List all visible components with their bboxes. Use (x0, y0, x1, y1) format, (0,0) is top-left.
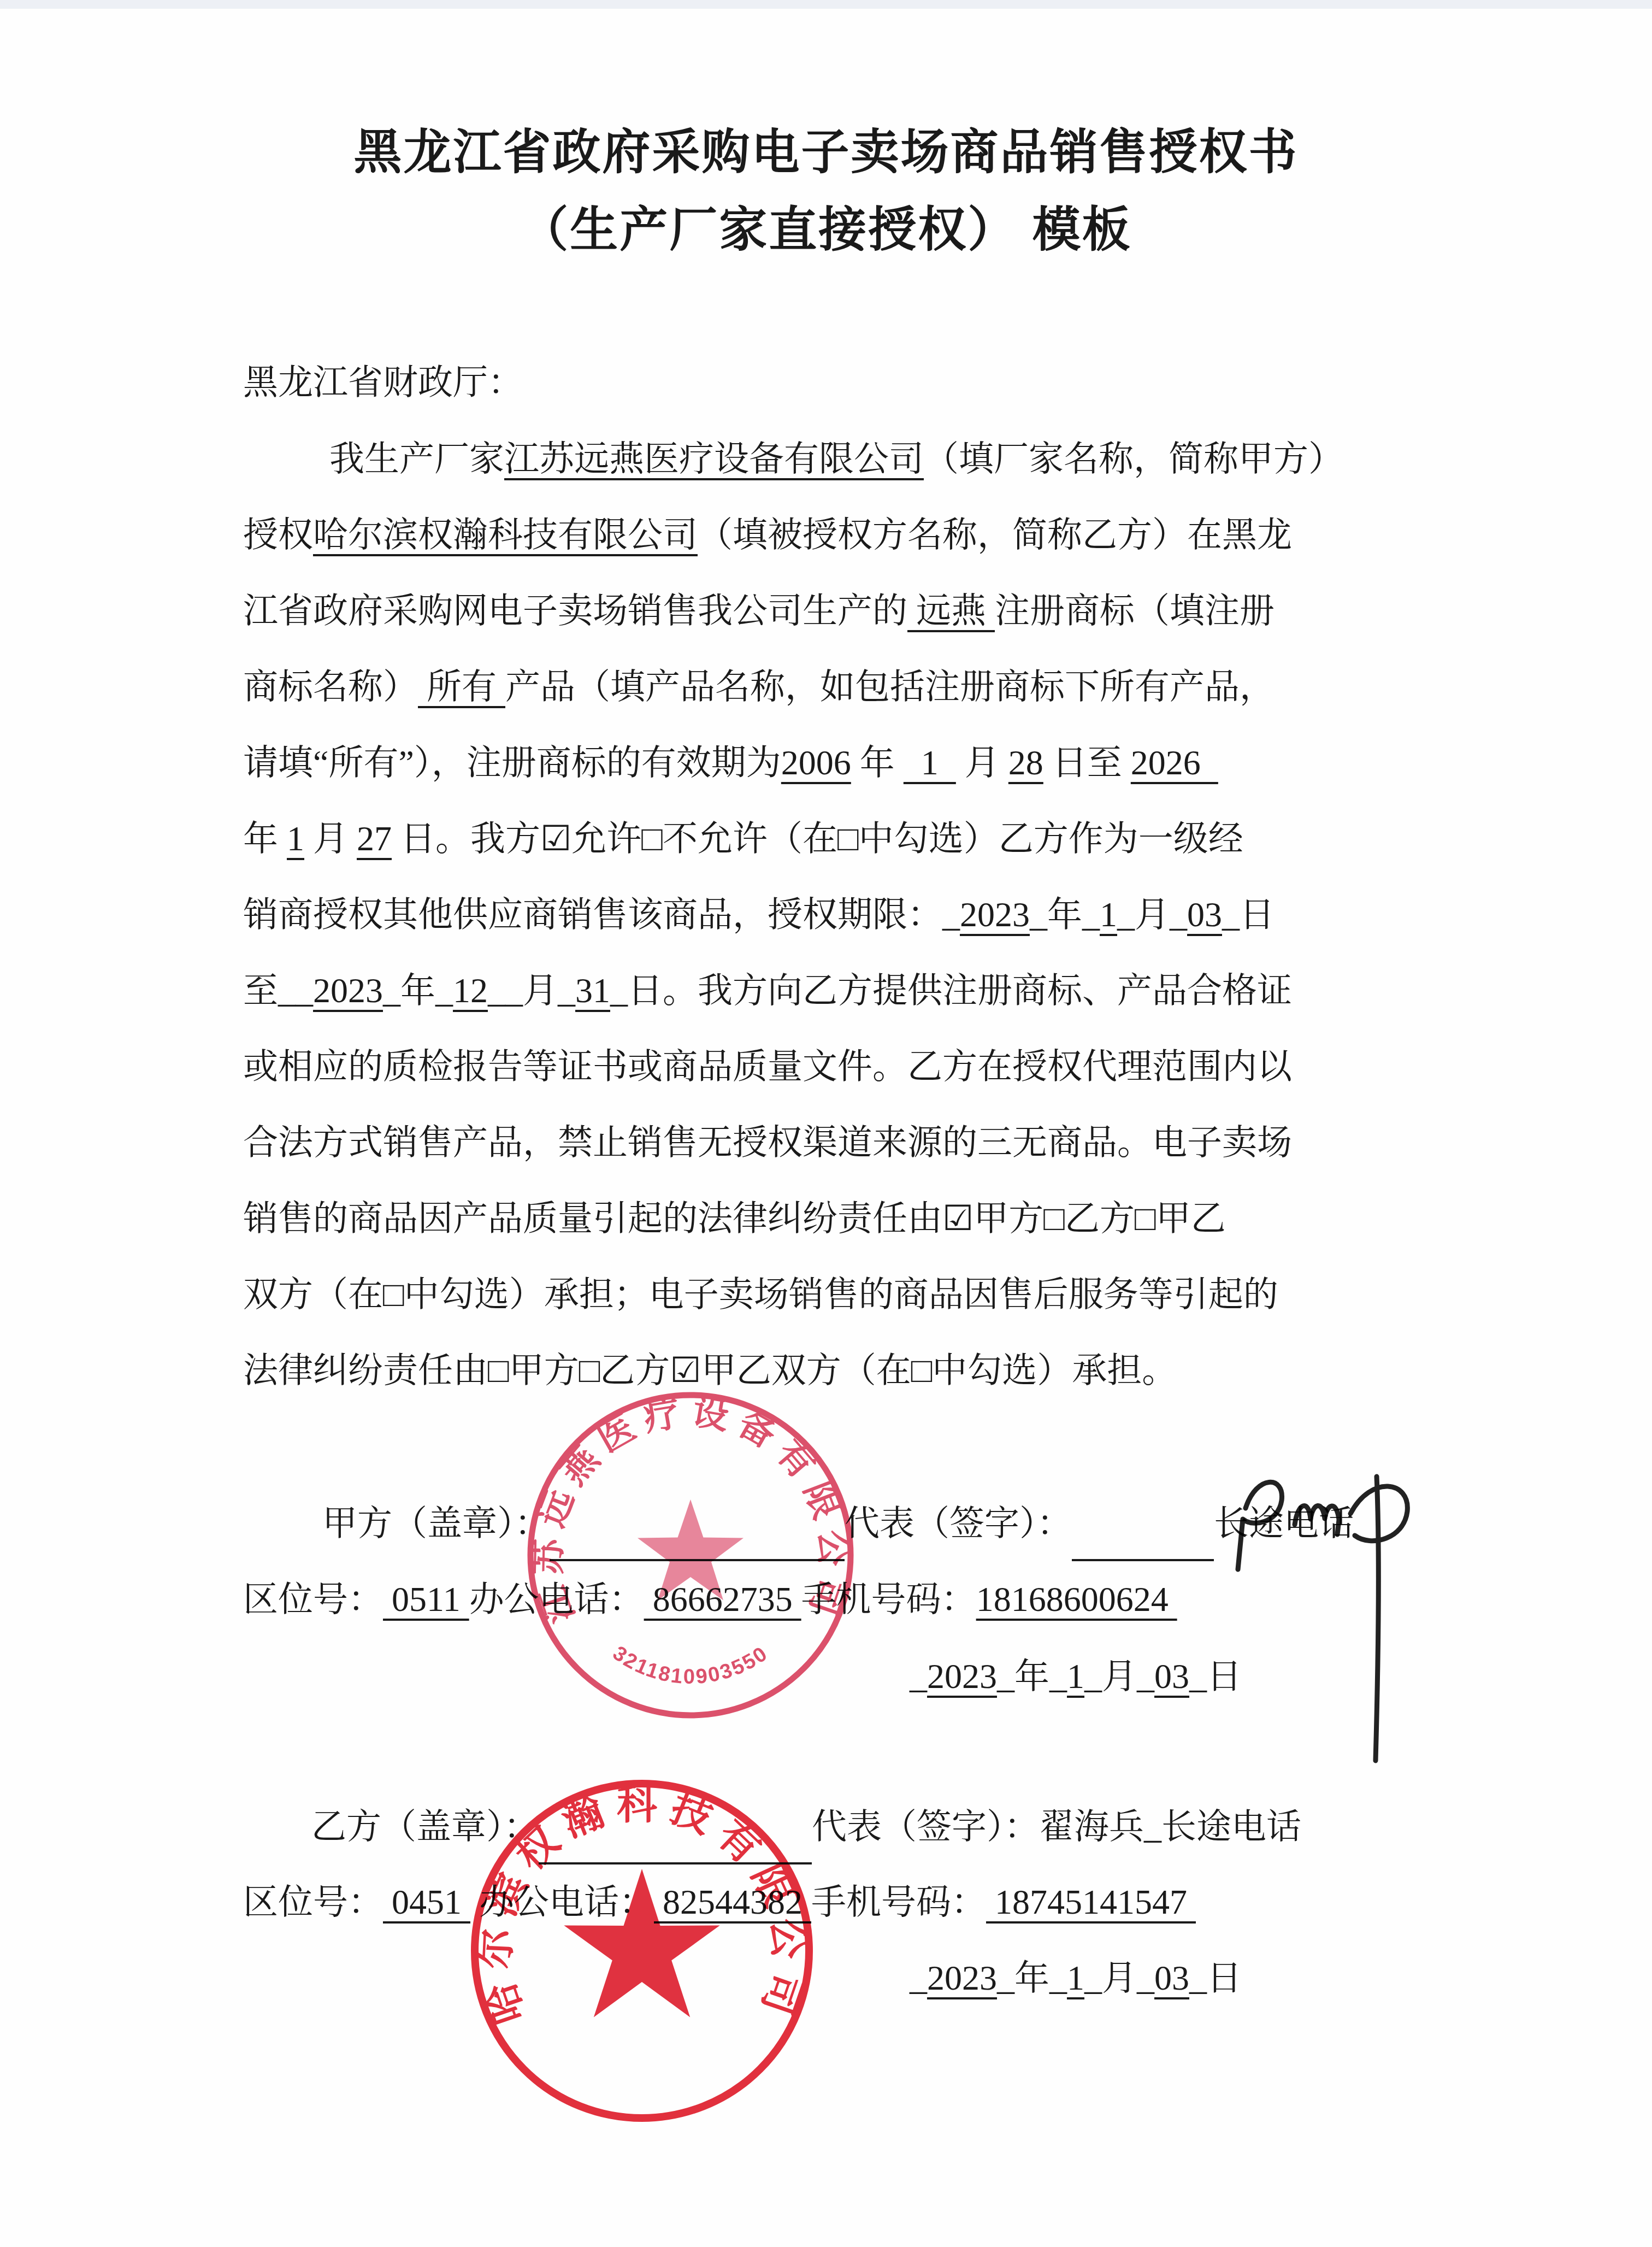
body-line-2: 授权哈尔滨权瀚科技有限公司（填被授权方名称，简称乙方）在黑龙 (243, 497, 1343, 573)
printed-text: __月_ (488, 971, 575, 1010)
printed-text: 乙方（盖章）： (311, 1807, 539, 1846)
printed-text: 办公电话： (469, 1580, 644, 1619)
body-line-12: 双方（在□中勾选）承担；电子卖场销售的商品因售后服务等引起的 (243, 1256, 1343, 1332)
printed-text: 法律纠纷责任由□甲方□乙方☑甲乙双方（在□中勾选）承担。 (243, 1351, 1177, 1390)
filled-in-value: 2023 (927, 1657, 997, 1696)
filled-in-value: 1 (1067, 1657, 1084, 1696)
printed-text: 或相应的质检报告等证书或商品质量文件。乙方在授权代理范围内以 (243, 1047, 1292, 1086)
printed-text: 年 (851, 743, 904, 782)
body-line-8: 至__2023_年_12__月_31_日。我方向乙方提供注册商标、产品合格证 (243, 952, 1343, 1028)
filled-in-value: 哈尔滨权瀚科技有限公司 (313, 515, 698, 554)
printed-text: 月 (304, 819, 357, 858)
filled-in-value: 1 (1100, 895, 1117, 934)
filled-in-value: 0451 (383, 1883, 470, 1921)
printed-text: _月_ (1084, 1657, 1154, 1696)
party-a-date-row: _2023_年_1_月_03_日 (910, 1638, 1242, 1714)
printed-text: 日。我方☑允许□不允许（在□中勾选）乙方作为一级经 (392, 819, 1243, 858)
body-line-11: 销售的商品因产品质量引起的法律纠纷责任由☑甲方□乙方□甲乙 (243, 1180, 1343, 1256)
filled-in-value: 86662735 (644, 1580, 801, 1619)
party-a-seal-row: 甲方（盖章）：代表（签字）：长途电话 (322, 1485, 1354, 1561)
printed-text: _ (910, 1958, 927, 1997)
printed-text: _月_ (1084, 1958, 1154, 1997)
printed-text: 办公电话： (470, 1883, 654, 1921)
party-b-contact-row: 区位号： 0451 办公电话： 82544382 手机号码： 187451415… (243, 1864, 1196, 1940)
printed-text: 手机号码： (811, 1883, 986, 1921)
filled-in-value: 远燕 (907, 591, 995, 630)
printed-text: _日 (1189, 1657, 1242, 1696)
printed-text: 长途电话 (1214, 1504, 1354, 1543)
filled-in-value: 1 (904, 743, 956, 782)
filled-in-value: 18745141547 (986, 1883, 1196, 1921)
seal-a-number-arc-text: 3211810903550 (609, 1642, 772, 1689)
filled-in-value: 1 (1067, 1958, 1084, 1997)
printed-text: _月_ (1117, 895, 1187, 934)
party-b-seal-row: 乙方（盖章）：代表（签字）：翟海兵_长途电话 (311, 1789, 1301, 1864)
printed-text: 手机号码： (801, 1580, 976, 1619)
printed-text: _年_ (383, 971, 453, 1010)
filled-in-value: 所有 (418, 667, 505, 706)
scan-edge-artifact (0, 0, 1652, 9)
printed-text: 甲方（盖章）： (322, 1504, 550, 1543)
printed-text: 商标名称） (243, 667, 418, 706)
printed-text: 区位号： (243, 1883, 383, 1921)
printed-text: 月 (956, 743, 1008, 782)
recipient-line: 黑龙江省财政厅： (243, 344, 523, 420)
printed-text: （填厂家名称，简称甲方） (924, 439, 1343, 478)
printed-text: 年 (243, 819, 287, 858)
printed-text: _年_ (997, 1958, 1067, 1997)
filled-in-value: 1 (287, 819, 304, 858)
printed-text: 至__ (243, 971, 313, 1010)
printed-text: _日 (1222, 895, 1275, 934)
filled-in-value: 2023 (313, 971, 383, 1010)
party-a-contact-row: 区位号： 0511 办公电话： 86662735 手机号码：1816860062… (243, 1561, 1177, 1637)
printed-text: _年_ (1030, 895, 1100, 934)
filled-in-value: 03 (1187, 895, 1222, 934)
printed-text: 请填“所有”），注册商标的有效期为 (243, 743, 781, 782)
fill-in-blank (550, 1527, 845, 1561)
body-line-6: 年 1 月 27 日。我方☑允许□不允许（在□中勾选）乙方作为一级经 (243, 801, 1343, 877)
filled-in-value: 江苏远燕医疗设备有限公司 (504, 439, 924, 478)
filled-in-value: 12 (453, 971, 488, 1010)
filled-in-value: 03 (1154, 1657, 1189, 1696)
filled-in-value: 31 (575, 971, 610, 1010)
printed-text: 区位号： (243, 1580, 383, 1619)
printed-text: 江省政府采购网电子卖场销售我公司生产的 (243, 591, 907, 630)
body-line-4: 商标名称） 所有 产品（填产品名称，如包括注册商标下所有产品， (243, 649, 1343, 725)
fill-in-blank (539, 1831, 812, 1864)
filled-in-value: 2023 (960, 895, 1030, 934)
document-subtitle: （生产厂家直接授权） 模板 (0, 191, 1652, 260)
filled-in-value: 82544382 (654, 1883, 811, 1921)
scanned-document-page: 黑龙江省政府采购电子卖场商品销售授权书 （生产厂家直接授权） 模板 黑龙江省财政… (0, 0, 1652, 2247)
printed-text: 销售的商品因产品质量引起的法律纠纷责任由☑甲方□乙方□甲乙 (243, 1199, 1226, 1238)
body-line-13: 法律纠纷责任由□甲方□乙方☑甲乙双方（在□中勾选）承担。 (243, 1332, 1343, 1408)
body-paragraph: 我生产厂家江苏远燕医疗设备有限公司（填厂家名称，简称甲方） 授权哈尔滨权瀚科技有… (243, 421, 1343, 1408)
fill-in-blank (1072, 1527, 1214, 1561)
filled-in-value: 2026 (1131, 743, 1218, 782)
filled-in-value: 0511 (383, 1580, 469, 1619)
body-line-1: 我生产厂家江苏远燕医疗设备有限公司（填厂家名称，简称甲方） (243, 421, 1343, 497)
printed-text: 销商授权其他供应商销售该商品，授权期限：_ (243, 895, 960, 934)
party-b-date-row: _2023_年_1_月_03_日 (910, 1940, 1242, 2016)
printed-text: _日。我方向乙方提供注册商标、产品合格证 (610, 971, 1292, 1010)
document-title: 黑龙江省政府采购电子卖场商品销售授权书 (0, 114, 1652, 183)
printed-text: _年_ (997, 1657, 1067, 1696)
body-line-3: 江省政府采购网电子卖场销售我公司生产的 远燕 注册商标（填注册 (243, 573, 1343, 649)
printed-text: _日 (1189, 1958, 1242, 1997)
body-line-9: 或相应的质检报告等证书或商品质量文件。乙方在授权代理范围内以 (243, 1028, 1343, 1104)
printed-text: 授权 (243, 515, 313, 554)
printed-text: 合法方式销售产品，禁止销售无授权渠道来源的三无商品。电子卖场 (243, 1123, 1292, 1162)
filled-in-value: 03 (1154, 1958, 1189, 1997)
filled-in-value: 2023 (927, 1958, 997, 1997)
filled-in-value: 28 (1008, 743, 1043, 782)
printed-text: 代表（签字）：翟海兵_长途电话 (812, 1807, 1301, 1846)
printed-text: 日至 (1043, 743, 1131, 782)
body-line-5: 请填“所有”），注册商标的有效期为2006 年 1 月 28 日至 2026 (243, 725, 1343, 801)
body-line-7: 销商授权其他供应商销售该商品，授权期限：_2023_年_1_月_03_日 (243, 877, 1343, 952)
printed-text: （填被授权方名称，简称乙方）在黑龙 (698, 515, 1292, 554)
printed-text: _ (910, 1657, 927, 1696)
printed-text: 注册商标（填注册 (995, 591, 1275, 630)
printed-text: 代表（签字）： (845, 1504, 1072, 1543)
printed-text: 我生产厂家 (329, 439, 504, 478)
body-line-10: 合法方式销售产品，禁止销售无授权渠道来源的三无商品。电子卖场 (243, 1104, 1343, 1180)
filled-in-value: 27 (357, 819, 392, 858)
printed-text: 产品（填产品名称，如包括注册商标下所有产品， (505, 667, 1275, 706)
printed-text: 双方（在□中勾选）承担；电子卖场销售的商品因售后服务等引起的 (243, 1275, 1278, 1314)
filled-in-value: 2006 (781, 743, 851, 782)
filled-in-value: 18168600624 (976, 1580, 1177, 1619)
